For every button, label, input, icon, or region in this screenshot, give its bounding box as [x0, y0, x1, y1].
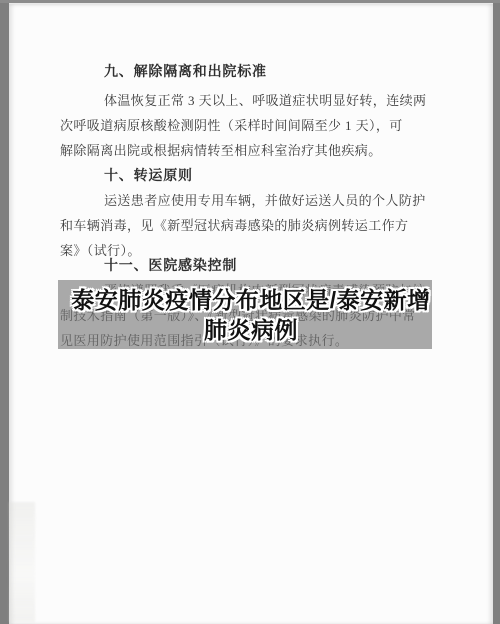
document-page: 九、解除隔离和出院标准 体温恢复正常 3 天以上、呼吸道症状明显好转，连续两 次… — [9, 3, 493, 624]
doc-line: 运送患者应使用专用车辆，并做好运送人员的个人防护 — [60, 188, 442, 213]
overlay-headline-line2: 肺炎病例 — [9, 315, 493, 345]
doc-line: 和车辆消毒，见《新型冠状病毒感染的肺炎病例转运工作方 — [60, 213, 442, 238]
section-11-heading: 十一、医院感染控制 — [60, 253, 442, 278]
section-10-heading: 十、转运原则 — [60, 163, 442, 188]
doc-line: 解除隔离出院或根据病情转至相应科室治疗其他疾病。 — [60, 138, 442, 163]
scan-smudge-texture — [9, 502, 35, 622]
overlay-headline: 泰安肺炎疫情分布地区是/泰安新增 肺炎病例 — [9, 285, 493, 345]
doc-line: 次呼吸道病原核酸检测阴性（采样时间间隔至少 1 天），可 — [60, 113, 442, 138]
doc-line: 体温恢复正常 3 天以上、呼吸道症状明显好转，连续两 — [60, 88, 442, 113]
section-9-heading: 九、解除隔离和出院标准 — [60, 59, 442, 84]
scanned-photo-frame: 九、解除隔离和出院标准 体温恢复正常 3 天以上、呼吸道症状明显好转，连续两 次… — [0, 0, 500, 624]
overlay-headline-line1: 泰安肺炎疫情分布地区是/泰安新增 — [9, 285, 493, 315]
